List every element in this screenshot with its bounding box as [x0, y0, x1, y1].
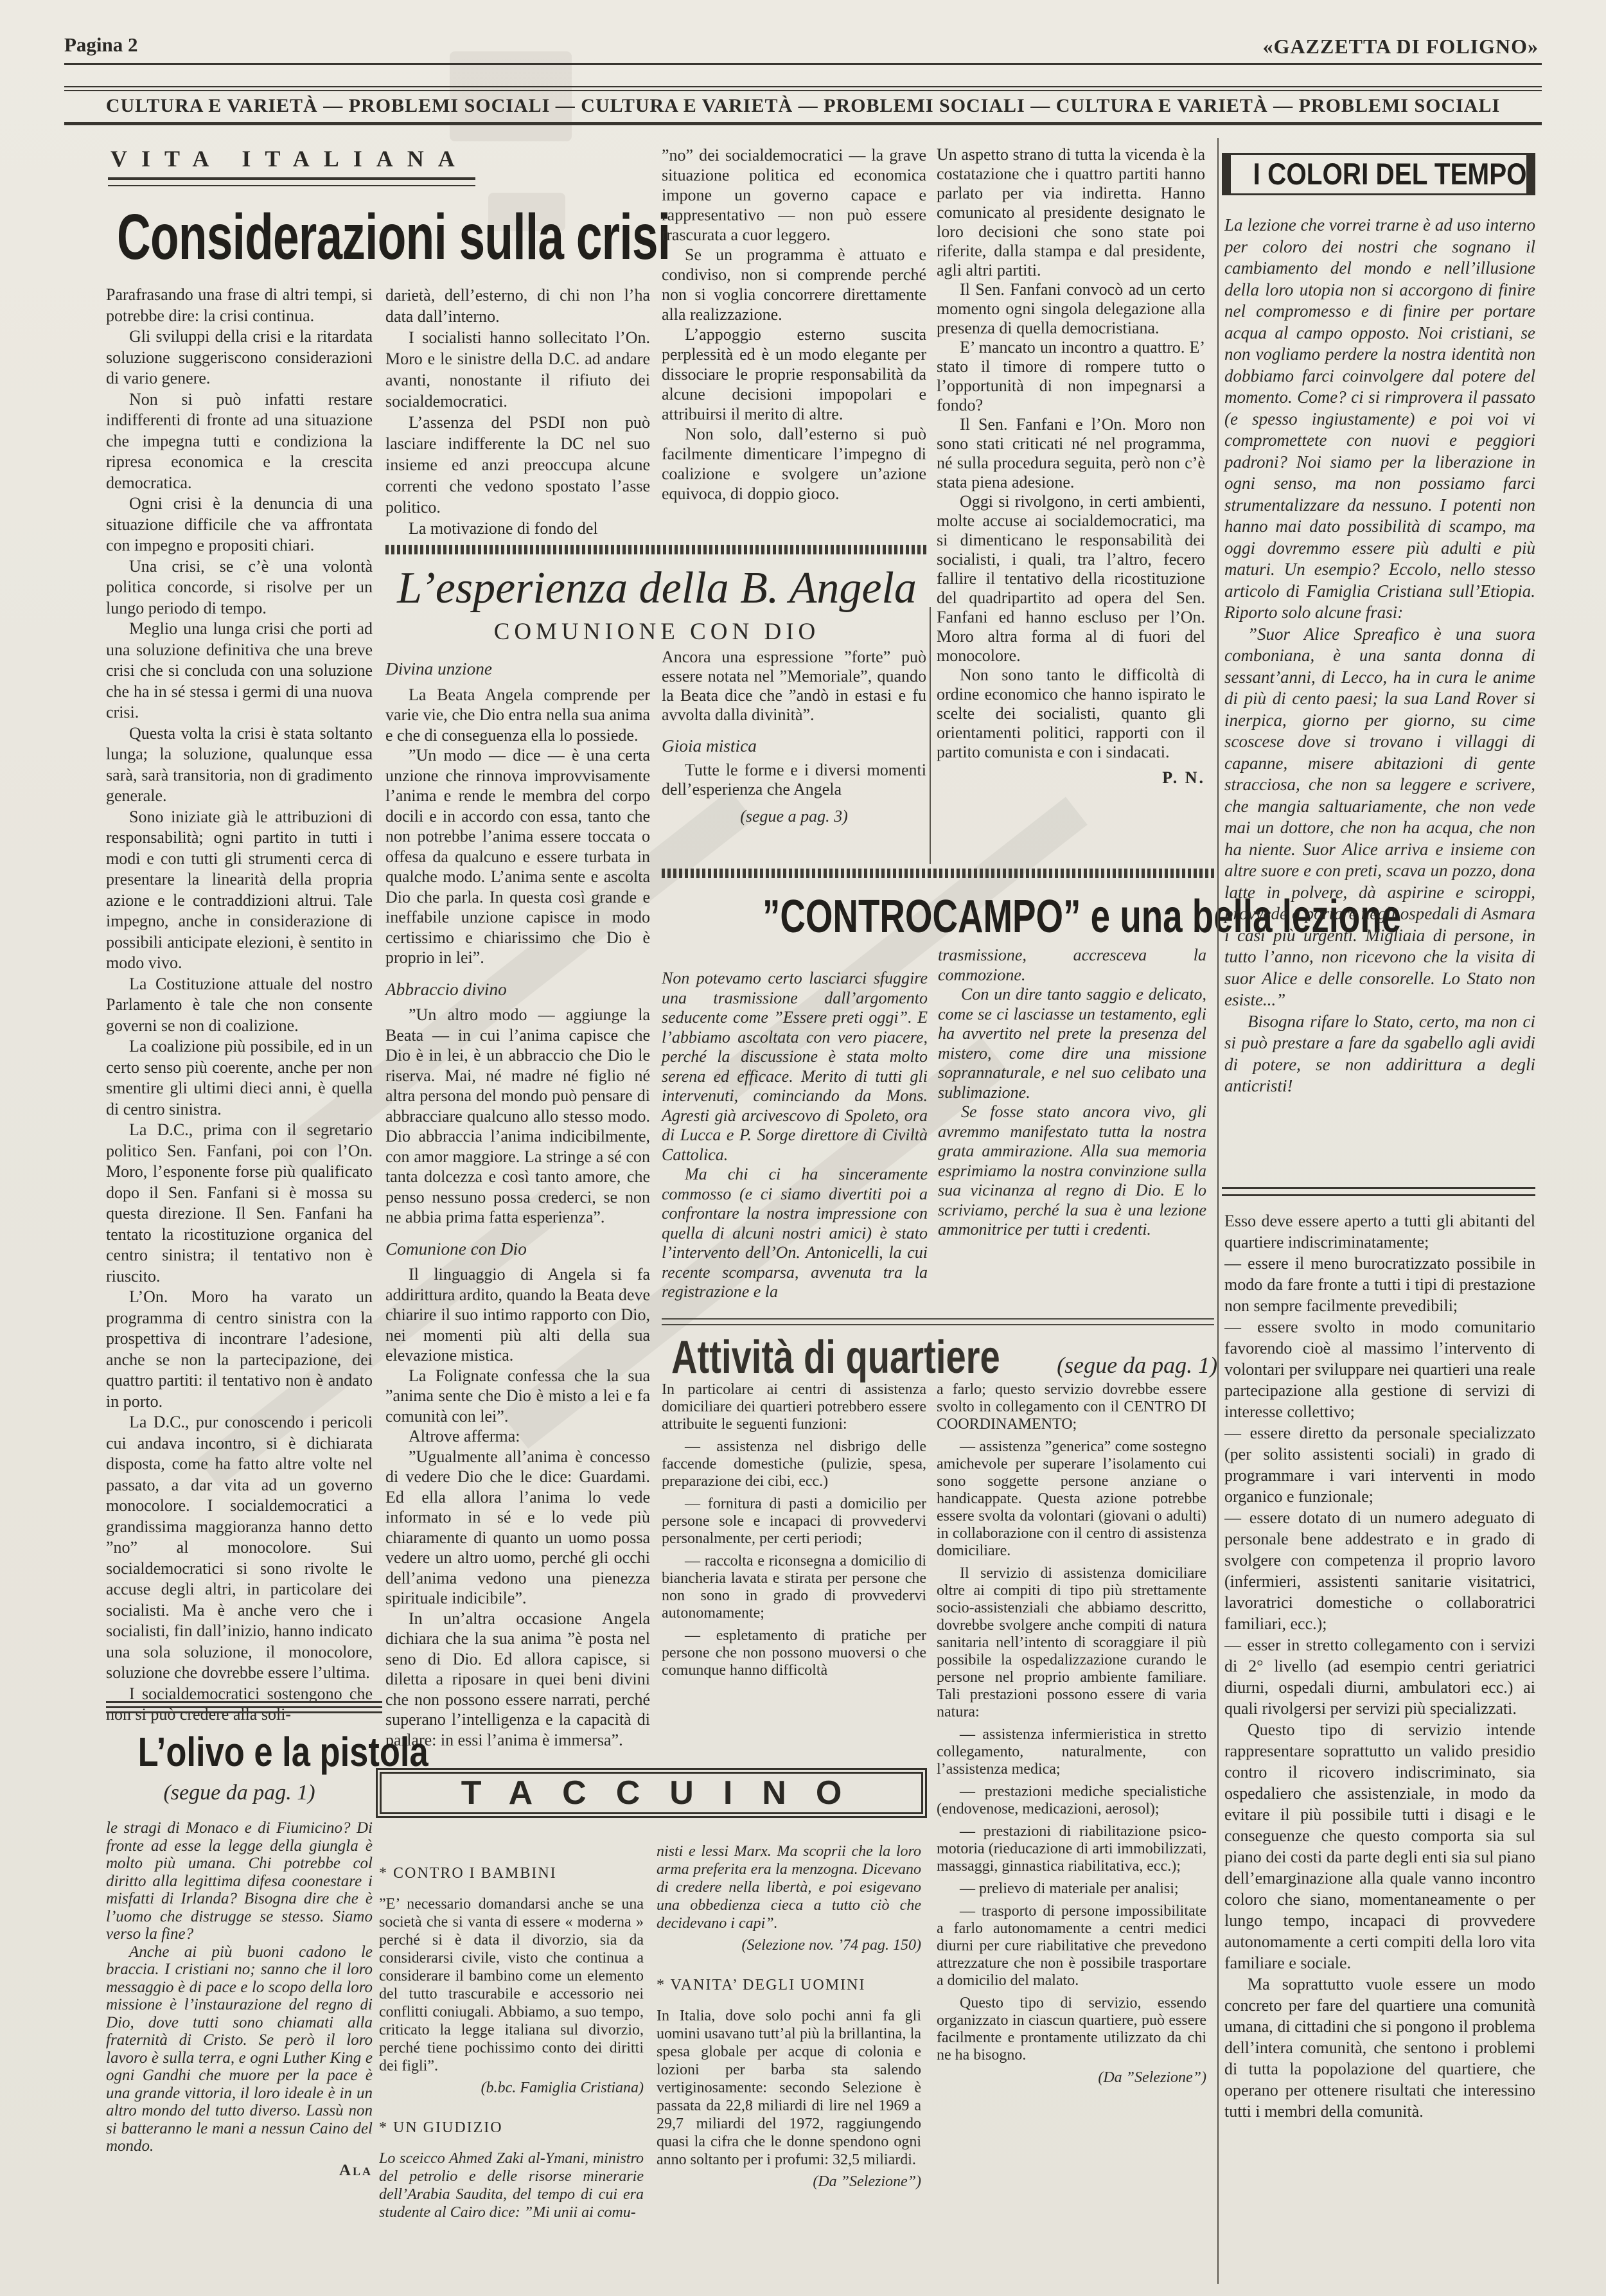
paragraph: Parafrasando una frase di altri tempi, s… — [106, 285, 373, 326]
paragraph: Non sono tanto le difficoltà di ordine e… — [937, 666, 1205, 762]
angela-col-left: Divina unzioneLa Beata Angela comprende … — [385, 648, 650, 1750]
colori-body: La lezione che vorrei trarne è ad uso in… — [1224, 215, 1535, 1097]
paragraph: (b.bc. Famiglia Cristiana) — [379, 2079, 644, 2097]
paragraph: Il linguaggio di Angela si fa addirittur… — [385, 1264, 650, 1366]
paragraph: Ogni crisi è la denuncia di una situazio… — [106, 493, 373, 556]
paragraph: ”Un altro modo — aggiunge la Beata — in … — [385, 1005, 650, 1228]
paragraph: — raccolta e riconsegna a domicilio di b… — [662, 1553, 926, 1622]
paragraph: Ma soprattutto vuole essere un modo conc… — [1224, 1974, 1535, 2122]
banner-rule-top2 — [64, 90, 1542, 91]
paragraph: — espletamento di pratiche per persone c… — [662, 1627, 926, 1679]
paragraph: — prestazioni mediche specialistiche (en… — [937, 1783, 1206, 1818]
paragraph: In Italia, dove solo pochi anni fa gli u… — [657, 2007, 921, 2169]
olivo-title: L’olivo e la pistola — [106, 1728, 373, 1776]
paragraph: Tutte le forme e i diversi momenti dell’… — [662, 761, 926, 799]
article-crisi-col4: Un aspetto strano di tutta la vicenda è … — [937, 145, 1205, 788]
paragraph: Ancora una espressione ”forte” può esser… — [662, 648, 926, 725]
olivo-continuation: (segue da pag. 1) — [106, 1781, 373, 1805]
controcampo-col-right: trasmissione, accresceva la commozione.C… — [938, 946, 1206, 1240]
paragraph: Il servizio di assistenza domiciliare ol… — [937, 1565, 1206, 1721]
paragraph: Gli sviluppi della crisi e la ritardata … — [106, 326, 373, 389]
taccuino-title: TACCUINO — [432, 1774, 872, 1812]
paragraph: P. N. — [937, 768, 1205, 788]
olivo-body: le stragi di Monaco e di Fiumicino? Di f… — [106, 1819, 373, 2179]
attivita-title: Attività di quartiere — [671, 1331, 1000, 1384]
paragraph: Sono iniziate già le attribuzioni di res… — [106, 807, 373, 974]
angela-subtitle: COMUNIONE CON DIO — [385, 618, 928, 646]
banner-rule-top — [64, 86, 1542, 87]
paragraph: E’ mancato un incontro a quattro. E’ sta… — [937, 338, 1205, 415]
colori-box: I COLORI DEL TEMPO — [1222, 153, 1535, 195]
paragraph: le stragi di Monaco e di Fiumicino? Di f… — [106, 1819, 373, 1943]
thin-rule — [662, 1318, 1214, 1325]
paragraph: La lezione che vorrei trarne è ad uso in… — [1224, 215, 1535, 624]
page-number-label: Pagina 2 — [64, 33, 138, 57]
taccuino-col-right: nisti e lessi Marx. Ma scoprii che la lo… — [657, 1842, 921, 2191]
paragraph: Divina unzione — [385, 659, 650, 680]
kicker-vita-italiana: VITA ITALIANA — [110, 145, 469, 172]
paragraph: (segue a pag. 3) — [662, 807, 926, 826]
paragraph: Questa volta la crisi è stata soltanto l… — [106, 723, 373, 807]
newspaper-page: Pagina 2 «GAZZETTA DI FOLIGNO» CULTURA E… — [0, 0, 1606, 2296]
paragraph: Comunione con Dio — [385, 1239, 650, 1260]
paragraph: Gioia mistica — [662, 736, 926, 755]
taccuino-col-left: * CONTRO I BAMBINI”E’ necessario domanda… — [379, 1842, 644, 2221]
paragraph: Questo tipo di servizio intende rapprese… — [1224, 1719, 1535, 1974]
paragraph: L’On. Moro ha varato un programma di cen… — [106, 1287, 373, 1412]
paragraph: — essere dotato di un numero adeguato di… — [1224, 1507, 1535, 1634]
paragraph: (Selezione nov. ’74 pag. 150) — [657, 1936, 921, 1954]
article-crisi-col3: ”no” dei socialdemocratici — la grave si… — [662, 145, 926, 504]
main-headline: Considerazioni sulla crisi — [117, 200, 650, 271]
paragraph: Esso deve essere aperto a tutti gli abit… — [1224, 1210, 1535, 1253]
paragraph: Lo sceicco Ahmed Zaki al-Ymani, ministro… — [379, 2150, 644, 2221]
paragraph: Anche ai più buoni cadono le braccia. I … — [106, 1943, 373, 2155]
paragraph: — assistenza nel disbrigo delle faccende… — [662, 1438, 926, 1490]
paragraph: Ma chi ci ha sinceramente commosso (e ci… — [662, 1165, 928, 1302]
attivita-heading-row: Attività di quartiere (segue da pag. 1) — [671, 1331, 1214, 1384]
paragraph: Non solo, dall’esterno si può facilmente… — [662, 424, 926, 504]
paragraph: La Costituzione attuale del nostro Parla… — [106, 974, 373, 1037]
taccuino-box: TACCUINO — [376, 1768, 927, 1818]
paragraph: La motivazione di fondo del — [385, 518, 650, 539]
paragraph: L’assenza del PSDI non può lasciare indi… — [385, 412, 650, 518]
paragraph: — fornitura di pasti a domicilio per per… — [662, 1496, 926, 1548]
paragraph: — esser in stretto collegamento con i se… — [1224, 1634, 1535, 1719]
column-divider — [930, 607, 931, 864]
sidebar-double-rule — [1222, 1187, 1535, 1196]
paragraph: Meglio una lunga crisi che porti ad una … — [106, 619, 373, 723]
paragraph: Altrove afferma: — [385, 1426, 650, 1447]
paragraph: — essere il meno burocratizzato possibil… — [1224, 1253, 1535, 1316]
paragraph: — assistenza ”generica” come sostegno am… — [937, 1438, 1206, 1560]
paragraph: — prestazioni di riabilitazione psico-mo… — [937, 1823, 1206, 1875]
dotted-rule — [662, 869, 1214, 878]
paragraph: Questo tipo di servizio, essendo organiz… — [937, 1995, 1206, 2064]
masthead: «GAZZETTA DI FOLIGNO» — [1263, 35, 1539, 58]
paragraph: trasmissione, accresceva la commozione. — [938, 946, 1206, 985]
attivita-continuation: (segue da pag. 1) — [1057, 1352, 1217, 1378]
paragraph: ”E’ necessario domandarsi anche se una s… — [379, 1895, 644, 2075]
paragraph: ”Ugualmente all’anima è concesso di vede… — [385, 1447, 650, 1609]
paragraph: Un aspetto strano di tutta la vicenda è … — [937, 145, 1205, 280]
paragraph: La Folignate confessa che la sua ”anima … — [385, 1366, 650, 1427]
paragraph: * VANITA’ DEGLI UOMINI — [657, 1976, 921, 1994]
header-rule — [64, 63, 1542, 65]
paragraph: a farlo; questo servizio dovrebbe essere… — [937, 1381, 1206, 1433]
angela-col-right: Ancora una espressione ”forte” può esser… — [662, 648, 926, 826]
colori-title: I COLORI DEL TEMPO — [1253, 155, 1527, 193]
article-crisi-col1: Parafrasando una frase di altri tempi, s… — [106, 285, 373, 1726]
paragraph: Se un programma è attuato e condiviso, n… — [662, 245, 926, 324]
paragraph: Il Sen. Fanfani convocò ad un certo mome… — [937, 280, 1205, 338]
paragraph: Oggi si rivolgono, in certi ambienti, mo… — [937, 492, 1205, 666]
sidebar-divider — [1217, 138, 1219, 2284]
paragraph: nisti e lessi Marx. Ma scoprii che la lo… — [657, 1842, 921, 1932]
paragraph: (Da ”Selezione”) — [657, 2173, 921, 2191]
triple-rule — [106, 1701, 382, 1713]
banner-rule-bottom — [64, 122, 1542, 125]
paragraph: ”no” dei socialdemocratici — la grave si… — [662, 145, 926, 245]
paragraph: La coalizione più possibile, ed in un ce… — [106, 1036, 373, 1120]
attivita-col-left: In particolare ai centri di assistenza d… — [662, 1381, 926, 1684]
paragraph: L’appoggio esterno suscita perplessità e… — [662, 324, 926, 424]
paragraph: La D.C., prima con il segretario politic… — [106, 1120, 373, 1287]
paragraph: — trasporto di persone impossibilitate a… — [937, 1903, 1206, 1990]
paragraph: Se fosse stato ancora vivo, gli avremmo … — [938, 1102, 1206, 1240]
paragraph: La Beata Angela comprende per varie vie,… — [385, 685, 650, 746]
paragraph: In particolare ai centri di assistenza d… — [662, 1381, 926, 1433]
paragraph: (Da ”Selezione”) — [937, 2069, 1206, 2087]
quartiere-requisiti: Esso deve essere aperto a tutti gli abit… — [1224, 1210, 1535, 2122]
paragraph: I socialisti hanno sollecitato l’On. Mor… — [385, 327, 650, 412]
controcampo-headline: ”CONTROCAMPO” e una bella lezione — [662, 890, 1214, 943]
paragraph: Non potevamo certo lasciarci sfuggire un… — [662, 969, 928, 1165]
paragraph: Una crisi, se c’è una volontà politica c… — [106, 556, 373, 619]
article-crisi-col2: darietà, dell’esterno, di chi non l’ha d… — [385, 285, 650, 539]
controcampo-col-left: Non potevamo certo lasciarci sfuggire un… — [662, 969, 928, 1302]
paragraph: — essere diretto da personale specializz… — [1224, 1422, 1535, 1507]
paragraph: — assistenza infermieristica in stretto … — [937, 1726, 1206, 1778]
paragraph: Il Sen. Fanfani e l’On. Moro non sono st… — [937, 415, 1205, 492]
paragraph: Abbraccio divino — [385, 980, 650, 1000]
paragraph: Con un dire tanto saggio e delicato, com… — [938, 985, 1206, 1102]
paragraph: — prelievo di materiale per analisi; — [937, 1880, 1206, 1898]
paragraph: darietà, dell’esterno, di chi non l’ha d… — [385, 285, 650, 327]
paragraph: * UN GIUDIZIO — [379, 2119, 644, 2137]
angela-title: L’esperienza della B. Angela — [385, 563, 928, 614]
paragraph: Non si può infatti restare indifferenti … — [106, 389, 373, 494]
paragraph: Bisogna rifare lo Stato, certo, ma non c… — [1224, 1011, 1535, 1097]
paragraph: ”Suor Alice Spreafico è una suora combon… — [1224, 624, 1535, 1011]
dotted-rule — [385, 545, 928, 554]
paragraph: — essere svolto in modo comunitario favo… — [1224, 1316, 1535, 1422]
paragraph: La D.C., pur conoscendo i pericoli cui a… — [106, 1412, 373, 1684]
kicker-underline — [108, 177, 475, 186]
attivita-col-right: a farlo; questo servizio dovrebbe essere… — [937, 1381, 1206, 2087]
paragraph: * CONTRO I BAMBINI — [379, 1864, 644, 1882]
paragraph: ”Un modo — dice — è una certa unzione ch… — [385, 745, 650, 968]
section-banner: CULTURA E VARIETÀ — PROBLEMI SOCIALI — C… — [64, 95, 1542, 117]
paragraph: Ala — [106, 2162, 373, 2180]
